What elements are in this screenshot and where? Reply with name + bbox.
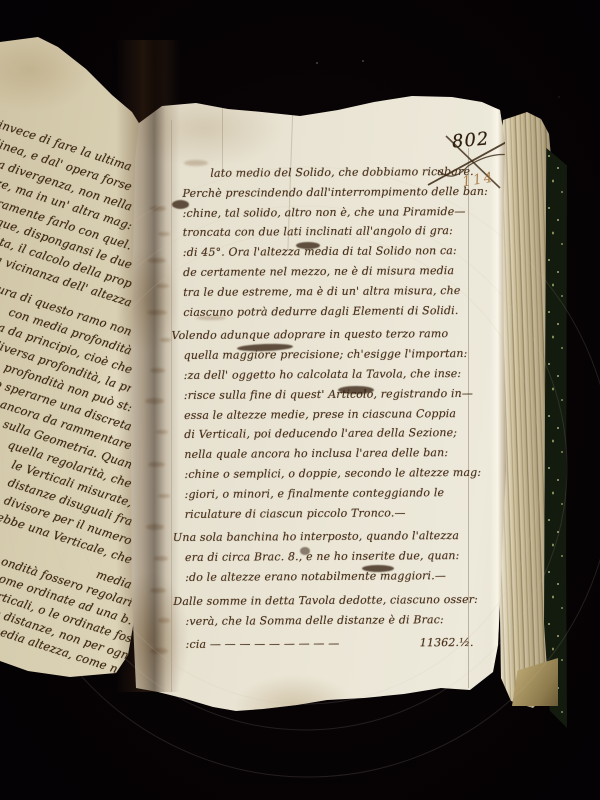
bleed-through-mark xyxy=(158,232,170,236)
bleed-through-mark xyxy=(146,524,164,530)
bleed-through-mark xyxy=(150,206,166,211)
right-page-text: lato medio del Solido, che dobbiamo rica… xyxy=(166,162,471,655)
bleed-through-mark xyxy=(156,430,168,434)
manuscript-line: Dalle somme in detta Tavola dedotte, cia… xyxy=(169,590,471,612)
dust-speck xyxy=(362,60,364,62)
bleed-through-mark xyxy=(150,368,165,373)
bleed-through-mark xyxy=(196,316,226,320)
manuscript-line: lato medio del Solido, che dobbiamo rica… xyxy=(166,162,468,184)
ink-blot xyxy=(172,200,189,209)
ink-blot xyxy=(362,565,394,572)
sum-value: 11362.½. xyxy=(420,633,474,653)
manuscript-line: :giori, o minori, e finalmente conteggia… xyxy=(169,483,471,505)
manuscript-line: riculature di ciascun piccolo Tronco.— xyxy=(169,502,471,524)
bleed-through-mark xyxy=(184,160,208,166)
manuscript-line: quella maggiore precisione; ch'esigge l'… xyxy=(168,344,470,366)
bleed-through-mark xyxy=(147,310,167,315)
bleed-through-mark xyxy=(154,556,168,561)
manuscript-line: :risce sulla fine di quest' Articolo, re… xyxy=(168,384,470,406)
bleed-through-mark xyxy=(150,588,166,593)
marbled-cover-edge xyxy=(544,148,567,728)
page-crease xyxy=(222,102,223,172)
manuscript-line: troncata con due lati inclinati all'ango… xyxy=(167,221,469,243)
bleed-through-mark xyxy=(158,494,170,498)
bleed-through-mark xyxy=(160,338,171,342)
bleed-through-mark xyxy=(148,462,165,467)
manuscript-line: :za dell' oggetto ho calcolata la Tavola… xyxy=(168,364,470,386)
bleed-through-mark xyxy=(145,398,164,404)
dust-speck xyxy=(558,96,560,98)
manuscript-line: Volendo adunque adoprare in questo terzo… xyxy=(167,324,469,346)
manuscript-line: :do le altezze erano notabilmente maggio… xyxy=(169,566,471,588)
bleed-through-mark xyxy=(158,618,170,623)
bleed-through-mark xyxy=(150,648,168,654)
manuscript-line: tra le due estreme, ma è di un' altra mi… xyxy=(167,281,469,303)
manuscript-line: :chine, tal solido, altro non è, che una… xyxy=(167,202,469,224)
manuscript-line: essa le altezze medie, prese in ciascuna… xyxy=(168,404,470,426)
manuscript-line: nella quale ancora ho inclusa l'area del… xyxy=(168,443,470,465)
manuscript-photo: E se invece di fare la ultima tura retti… xyxy=(0,0,600,800)
folio-number: 802 xyxy=(451,128,490,152)
ink-blot xyxy=(338,386,374,394)
manuscript-line: de certamente nel mezzo, ne è di misura … xyxy=(167,261,469,283)
bleed-through-mark xyxy=(148,258,166,263)
manuscript-sum-line: :cia — — — — — — — — — 11362.½. xyxy=(170,633,474,655)
manuscript-line: di Verticali, poi deducendo l'area della… xyxy=(168,423,470,445)
manuscript-line: Una sola banchina ho interposto, quando … xyxy=(169,526,471,548)
sum-line-dashes: :cia — — — — — — — — — xyxy=(186,634,340,655)
bleed-through-mark xyxy=(156,284,169,288)
manuscript-line: era di circa Brac. 8., e ne ho inserite … xyxy=(169,546,471,568)
dust-speck xyxy=(316,62,318,64)
manuscript-line: :verà, che la Somma delle distanze è di … xyxy=(169,609,471,631)
ink-blot xyxy=(296,242,320,249)
manuscript-line: :chine o semplici, o doppie, secondo le … xyxy=(168,463,470,485)
ink-blot xyxy=(300,547,310,555)
manuscript-line: Perchè prescindendo dall'interrompimento… xyxy=(166,182,468,204)
